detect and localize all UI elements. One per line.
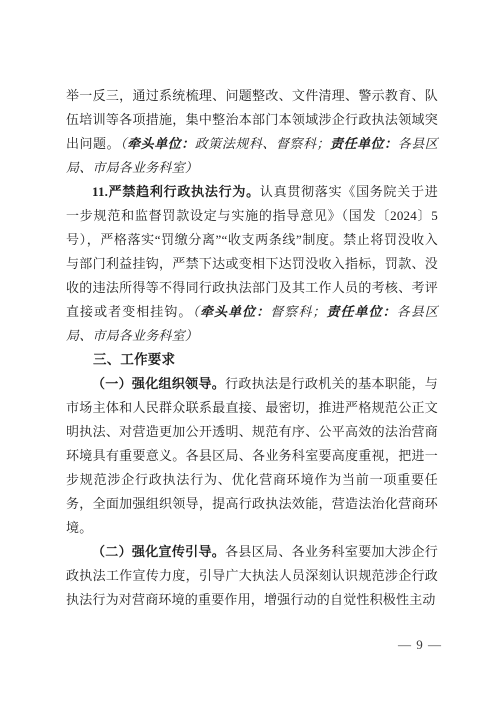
paragraph-sub-1: （一）强化组织领导。行政执法是行政机关的基本职能，与市场主体和人民群众联系最直接… (66, 372, 438, 540)
sub-1-heading: （一）强化组织领导。 (92, 376, 225, 391)
responsibility-paren-open: （ (192, 304, 200, 319)
paragraph-item-11: 11.严禁趋利行政执法行为。认真贯彻落实《国务院关于进一步规范和监督罚款设定与实… (66, 180, 438, 348)
responsible-unit-label: 责任单位： (326, 304, 397, 319)
lead-unit-label: 牵头单位： (127, 136, 195, 151)
paragraph-text: 认真贯彻落实《国务院关于进一步规范和监督罚款设定与实施的指导意见》（国发〔202… (66, 184, 438, 319)
lead-unit-label: 牵头单位： (200, 304, 270, 319)
section-heading-work-requirements: 三、工作要求 (66, 348, 438, 372)
document-page: 举一反三，通过系统梳理、问题整改、文件清理、警示教育、队伍培训等各项措施，集中整… (0, 0, 500, 708)
paragraph-text: 行政执法是行政机关的基本职能，与市场主体和人民群众联系最直接、最密切，推进严格规… (66, 376, 438, 535)
lead-unit-value: 督察科； (270, 304, 325, 319)
document-body: 举一反三，通过系统梳理、问题整改、文件清理、警示教育、队伍培训等各项措施，集中整… (66, 84, 438, 612)
sub-2-heading: （二）强化宣传引导。 (92, 544, 225, 559)
page-number: — 9 — (398, 636, 442, 654)
responsible-unit-label: 责任单位： (330, 136, 398, 151)
paragraph-sub-2: （二）强化宣传引导。各县区局、各业务科室要加大涉企行政执法工作宣传力度，引导广大… (66, 540, 438, 612)
item-11-heading: 11.严禁趋利行政执法行为。 (92, 184, 260, 199)
lead-unit-value: 政策法规科、督察科； (195, 136, 330, 151)
paragraph-continued: 举一反三，通过系统梳理、问题整改、文件清理、警示教育、队伍培训等各项措施，集中整… (66, 84, 438, 180)
